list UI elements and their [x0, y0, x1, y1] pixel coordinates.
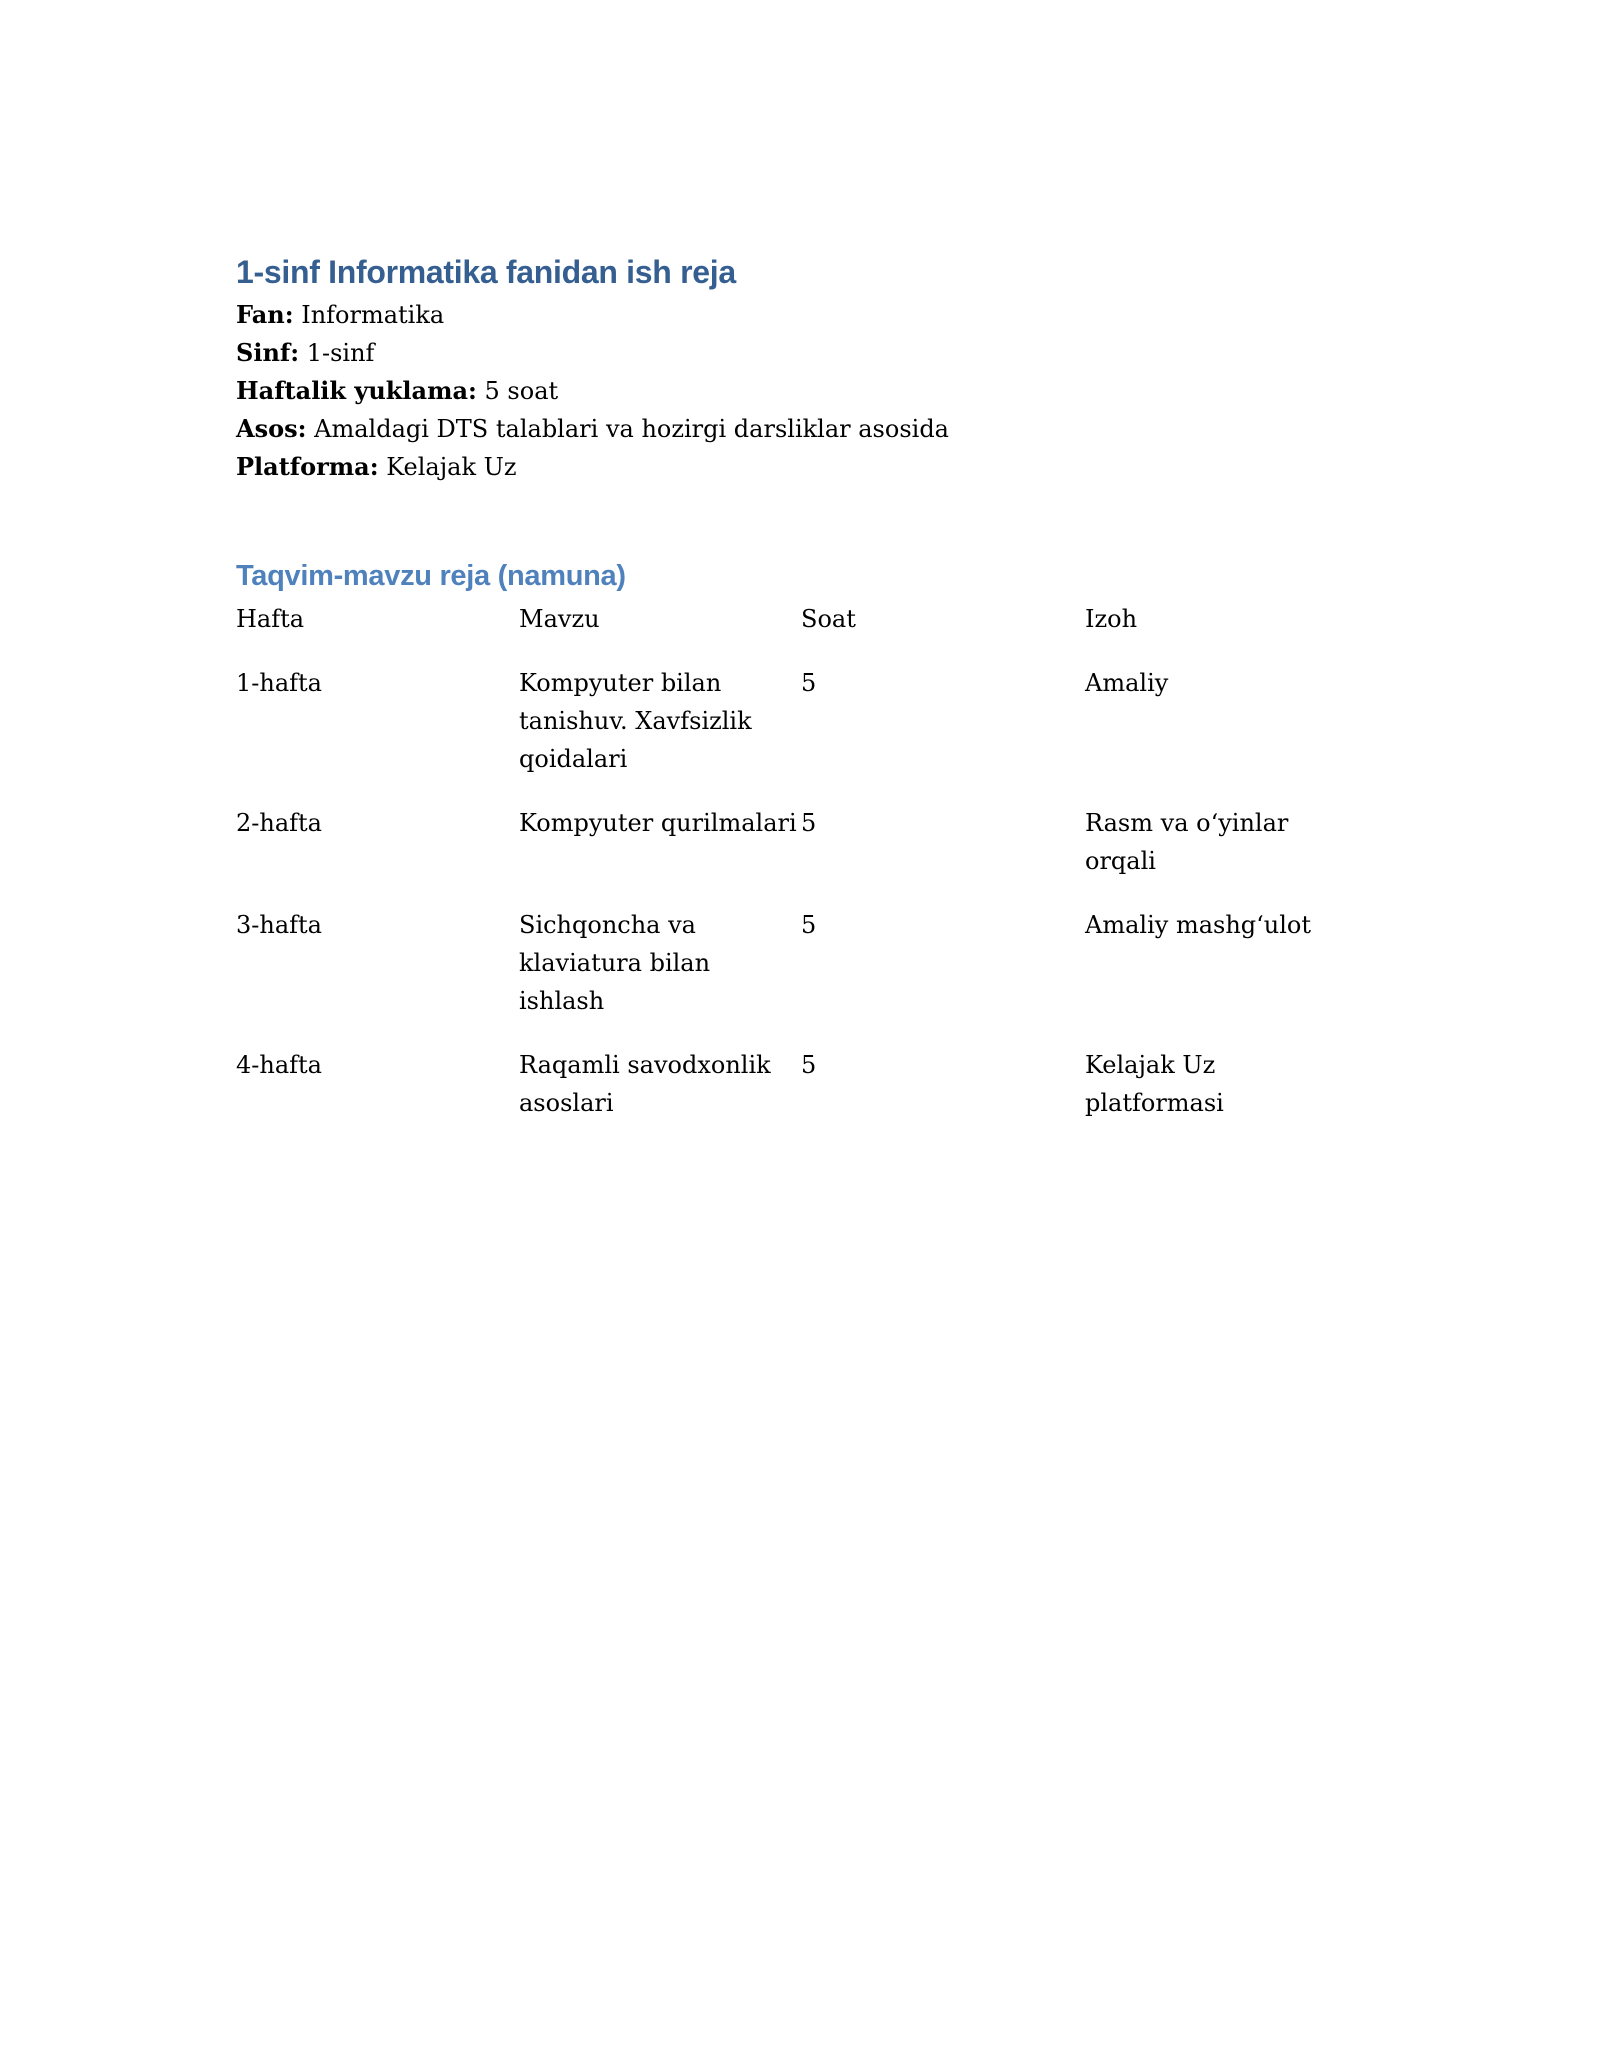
section-title: Taqvim-mavzu reja (namuna): [236, 556, 1366, 596]
header-hours: Soat: [801, 600, 1085, 664]
table-row: 3-hafta Sichqoncha va klaviatura bilan i…: [236, 906, 1335, 1046]
meta-grade: Sinf: 1-sinf: [236, 334, 1366, 372]
cell-hours: 5: [801, 804, 1085, 906]
header-week: Hafta: [236, 600, 519, 664]
meta-label: Fan:: [236, 300, 294, 329]
meta-platform: Platforma: Kelajak Uz: [236, 448, 1366, 486]
document-title: 1-sinf Informatika fanidan ish reja: [236, 248, 1366, 296]
schedule-table: Hafta Mavzu Soat Izoh 1-hafta Kompyuter …: [236, 600, 1335, 1148]
cell-topic: Kompyuter bilan tanishuv. Xavfsizlik qoi…: [519, 664, 801, 804]
table-header-row: Hafta Mavzu Soat Izoh: [236, 600, 1335, 664]
cell-topic: Kompyuter qurilmalari: [519, 804, 801, 906]
cell-hours: 5: [801, 664, 1085, 804]
cell-hours: 5: [801, 1046, 1085, 1148]
meta-label: Haftalik yuklama:: [236, 376, 477, 405]
header-note: Izoh: [1085, 600, 1335, 664]
cell-note: Rasm va o‘yinlar orqali: [1085, 804, 1335, 906]
cell-note: Kelajak Uz platformasi: [1085, 1046, 1335, 1148]
meta-value: 1-sinf: [299, 339, 374, 367]
cell-week: 4-hafta: [236, 1046, 519, 1148]
meta-label: Platforma:: [236, 452, 379, 481]
cell-week: 1-hafta: [236, 664, 519, 804]
cell-hours: 5: [801, 906, 1085, 1046]
meta-label: Sinf:: [236, 338, 299, 367]
meta-label: Asos:: [236, 414, 307, 443]
meta-value: Informatika: [294, 301, 445, 329]
meta-value: 5 soat: [477, 377, 558, 405]
meta-basis: Asos: Amaldagi DTS talablari va hozirgi …: [236, 410, 1366, 448]
cell-topic: Raqamli savodxonlik asoslari: [519, 1046, 801, 1148]
cell-note: Amaliy mashg‘ulot: [1085, 906, 1335, 1046]
cell-week: 3-hafta: [236, 906, 519, 1046]
cell-note: Amaliy: [1085, 664, 1335, 804]
table-row: 4-hafta Raqamli savodxonlik asoslari 5 K…: [236, 1046, 1335, 1148]
document-page: 1-sinf Informatika fanidan ish reja Fan:…: [236, 248, 1366, 1148]
meta-weekly-load: Haftalik yuklama: 5 soat: [236, 372, 1366, 410]
meta-value: Amaldagi DTS talablari va hozirgi darsli…: [307, 415, 949, 443]
table-row: 2-hafta Kompyuter qurilmalari 5 Rasm va …: [236, 804, 1335, 906]
meta-value: Kelajak Uz: [379, 453, 517, 481]
table-row: 1-hafta Kompyuter bilan tanishuv. Xavfsi…: [236, 664, 1335, 804]
meta-subject: Fan: Informatika: [236, 296, 1366, 334]
header-topic: Mavzu: [519, 600, 801, 664]
cell-week: 2-hafta: [236, 804, 519, 906]
cell-topic: Sichqoncha va klaviatura bilan ishlash: [519, 906, 801, 1046]
